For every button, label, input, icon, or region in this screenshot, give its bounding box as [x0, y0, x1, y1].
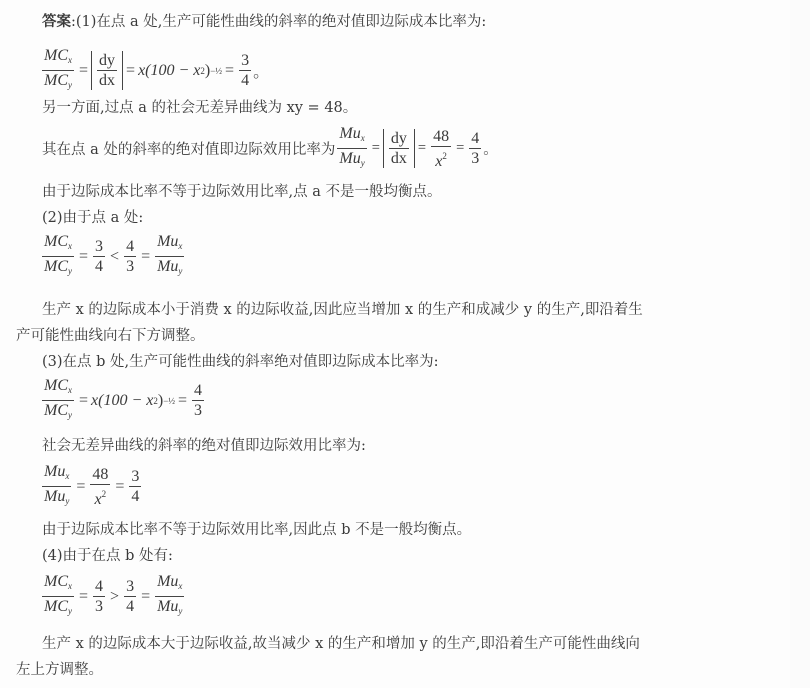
part3-equation-2: MuxMuy = 48x2 = 34	[40, 462, 143, 511]
part2-equation: MCxMCy = 34 < 43 = MuxMuy	[40, 232, 186, 281]
part3-equation-1: MCxMCy = x(100 − x2)−½ = 43	[40, 376, 206, 425]
part2-intro: (2)由于点 a 处:	[42, 208, 143, 228]
part4-intro: (4)由于在点 b 处有:	[42, 546, 173, 566]
part4-text-2: 左上方调整。	[16, 660, 103, 680]
part3-conclusion: 由于边际成本比率不等于边际效用比率,因此点 b 不是一般均衡点。	[42, 520, 471, 540]
part4-text-1: 生产 x 的边际成本大于边际收益,故当减少 x 的生产和增加 y 的生产,即沿着…	[42, 634, 640, 654]
part1-conclusion: 由于边际成本比率不等于边际效用比率,点 a 不是一般均衡点。	[42, 182, 441, 202]
part4-equation: MCxMCy = 43 > 34 = MuxMuy	[40, 572, 186, 621]
part3-utility-ratio: 社会无差异曲线的斜率的绝对值即边际效用比率为:	[42, 436, 366, 456]
answer-page: 答案:(1)在点 a 处,生产可能性曲线的斜率的绝对值即边际成本比率为: MCx…	[0, 0, 790, 688]
part2-text-1: 生产 x 的边际成本小于消费 x 的边际收益,因此应当增加 x 的生产和成减少 …	[42, 300, 643, 320]
part3-intro: (3)在点 b 处,生产可能性曲线的斜率绝对值即边际成本比率为:	[42, 352, 439, 372]
part2-text-2: 产可能性曲线向右下方调整。	[16, 326, 205, 346]
part1-equation-3: 其在点 a 处的斜率的绝对值即边际效用比率为 MuxMuy = dydx = 4…	[42, 124, 498, 173]
part1-intro: 答案:(1)在点 a 处,生产可能性曲线的斜率的绝对值即边际成本比率为:	[42, 12, 486, 32]
answer-label: 答案	[42, 13, 71, 30]
part1-indifference-curve: 另一方面,过点 a 的社会无差异曲线为 xy = 48。	[42, 98, 357, 118]
part1-equation-1: MCxMCy = dydx = x(100 − x2)−½ = 34。	[40, 46, 269, 95]
